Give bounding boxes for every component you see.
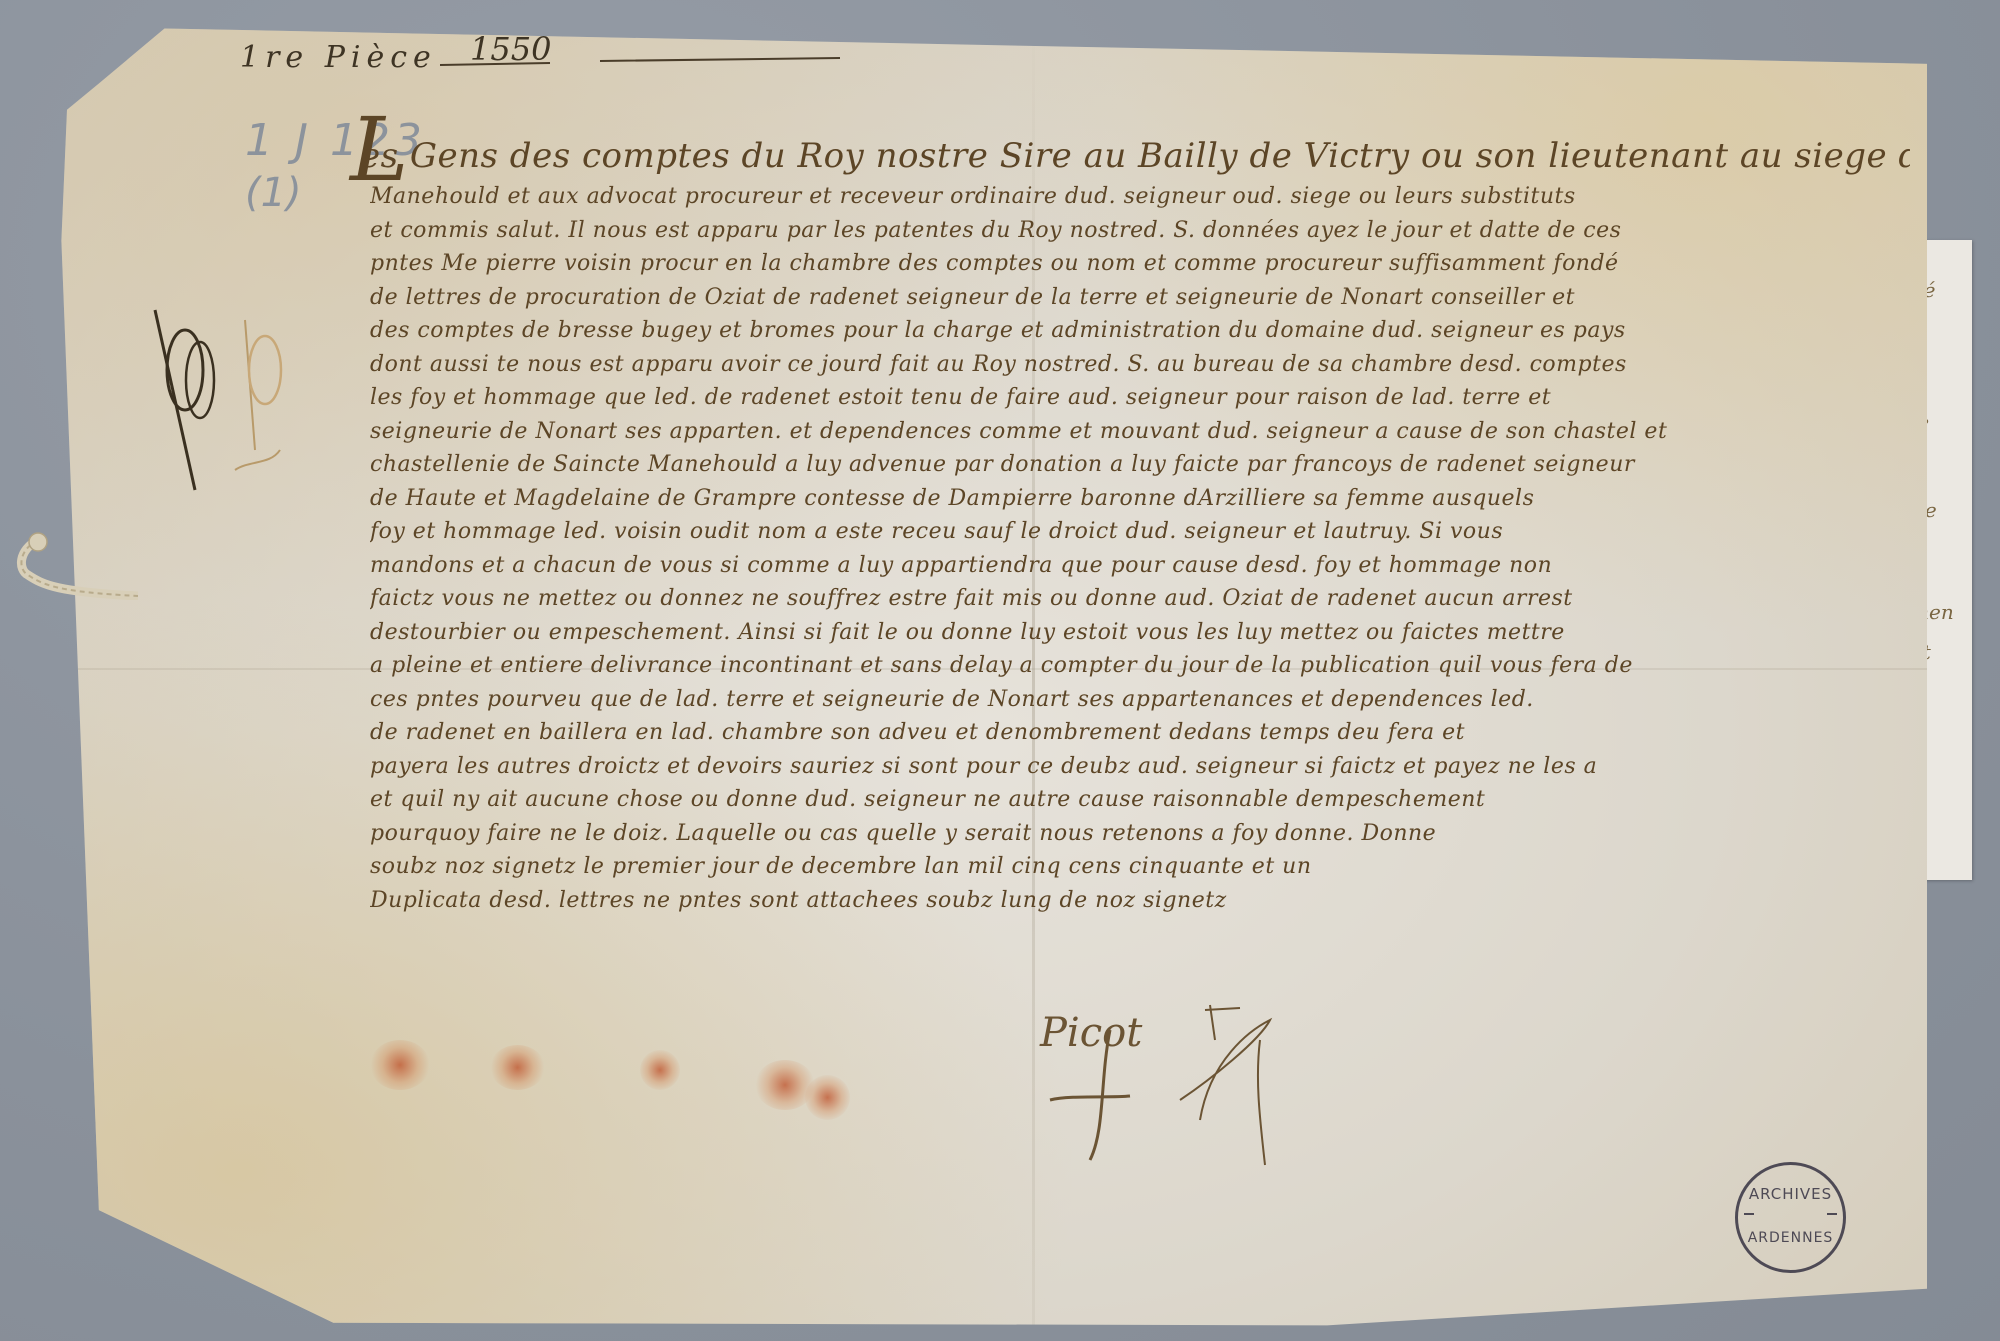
text-line: et commis salut. Il nous est apparu par … [370,218,1910,252]
text-line: et quil ny ait aucune chose ou donne dud… [370,787,1910,821]
archives-stamp: ARCHIVES ARDENNES [1735,1162,1846,1273]
stamp-dash [1827,1213,1837,1215]
text-line: de lettres de procuration de Oziat de ra… [370,285,1910,319]
binding-cord [8,530,138,600]
letter-body: es Gens des comptes du Roy nostre Sire a… [370,128,1910,921]
stamp-bottom-text: ARDENNES [1738,1230,1843,1246]
margin-paraph-marks [140,300,340,500]
signature: Picot [1040,1010,1142,1056]
text-line: dont aussi te nous est apparu avoir ce j… [370,352,1910,386]
text-line: chastellenie de Saincte Manehould a luy … [370,452,1910,486]
text-line: pourquoy faire ne le doiz. Laquelle ou c… [370,821,1910,855]
text-line: es Gens des comptes du Roy nostre Sire a… [360,128,1910,184]
call-number-sub: (1) [245,170,302,216]
rust-stain [805,1075,850,1120]
rust-stain [490,1045,545,1090]
text-line: ces pntes pourveu que de lad. terre et s… [370,687,1910,721]
text-line: les foy et hommage que led. de radenet e… [370,385,1910,419]
text-line: pntes Me pierre voisin procur en la cham… [370,251,1910,285]
underline-rule [440,55,840,75]
text-line: destourbier ou empeschement. Ainsi si fa… [370,620,1910,654]
text-line: des comptes de bresse bugey et bromes po… [370,318,1910,352]
text-line: de Haute et Magdelaine de Grampre contes… [370,486,1910,520]
text-line: foy et hommage led. voisin oudit nom a e… [370,519,1910,553]
rust-stain [640,1050,680,1090]
text-line: Manehould et aux advocat procureur et re… [370,184,1910,218]
text-line: payera les autres droictz et devoirs sau… [370,754,1910,788]
text-line: Duplicata desd. lettres ne pntes sont at… [370,888,1910,922]
rust-stain [370,1040,430,1090]
stamp-dash [1744,1213,1754,1215]
text-line: a pleine et entiere delivrance incontina… [370,653,1910,687]
text-line: faictz vous ne mettez ou donnez ne souff… [370,586,1910,620]
stamp-top-text: ARCHIVES [1738,1185,1843,1203]
piece-number-note: 1re Pièce [240,40,437,75]
text-line: mandons et a chacun de vous si comme a l… [370,553,1910,587]
text-line: soubz noz signetz le premier jour de dec… [370,854,1910,888]
text-line: seigneurie de Nonart ses apparten. et de… [370,419,1910,453]
text-line: de radenet en baillera en lad. chambre s… [370,720,1910,754]
